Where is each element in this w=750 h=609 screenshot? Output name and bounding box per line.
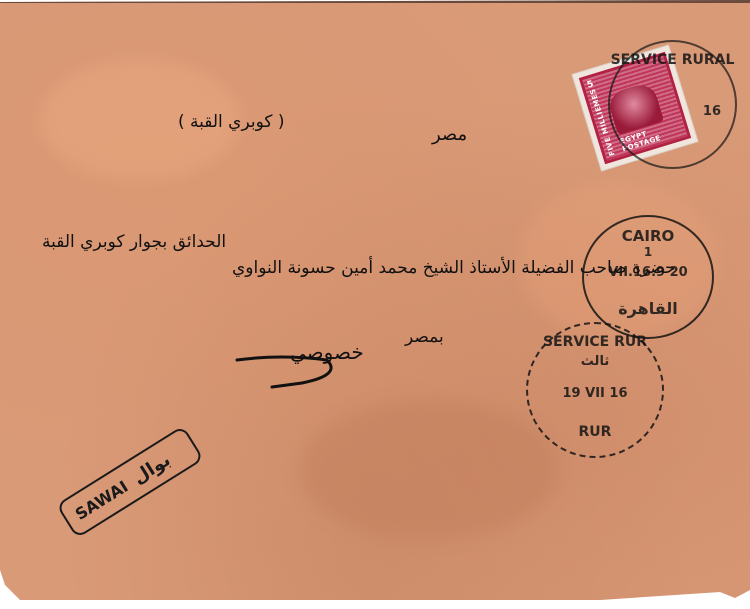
envelope: ( كوبري القبة ) مصر حضرة صاحب الفضيلة ال…: [0, 0, 750, 600]
cachet-latin: SAWAI: [72, 476, 132, 523]
postmark-text: SERVICE RUR: [528, 334, 662, 350]
cachet-arabic: بوال: [129, 449, 174, 488]
postmark-city: CAIRO: [584, 227, 712, 245]
postmark-number: 1: [584, 245, 712, 259]
envelope-top-edge: [0, 0, 750, 3]
handwriting-line1-right: مصر: [432, 124, 467, 145]
postmark-rural: SERVICE RUR ثالث 19 VII 16 RUR: [526, 322, 664, 458]
postmark-date: 16: [610, 104, 735, 119]
postmark-arabic: القاهرة: [584, 299, 712, 318]
postmark-arabic: ثالث: [528, 354, 662, 369]
postmark-date: VII.16.9 20: [584, 265, 712, 280]
postmark-cairo: CAIRO 1 VII.16.9 20 القاهرة: [582, 215, 714, 339]
boxed-cachet: SAWAI بوال: [56, 425, 204, 538]
handwriting-address-left: الحدائق بجوار كوبري القبة: [42, 232, 226, 252]
postmark-text: SERVICE RURAL: [610, 52, 735, 68]
handwriting-line1-left: ( كوبري القبة ): [178, 112, 285, 132]
handwriting-line3: بمصر: [405, 327, 444, 347]
paper-stain: [300, 400, 560, 540]
postmark-date: 19 VII 16: [528, 386, 662, 401]
signature-flourish: [232, 350, 342, 390]
postmark-text: RUR: [528, 424, 662, 440]
postmark-top-right: SERVICE RURAL 16: [608, 40, 737, 169]
